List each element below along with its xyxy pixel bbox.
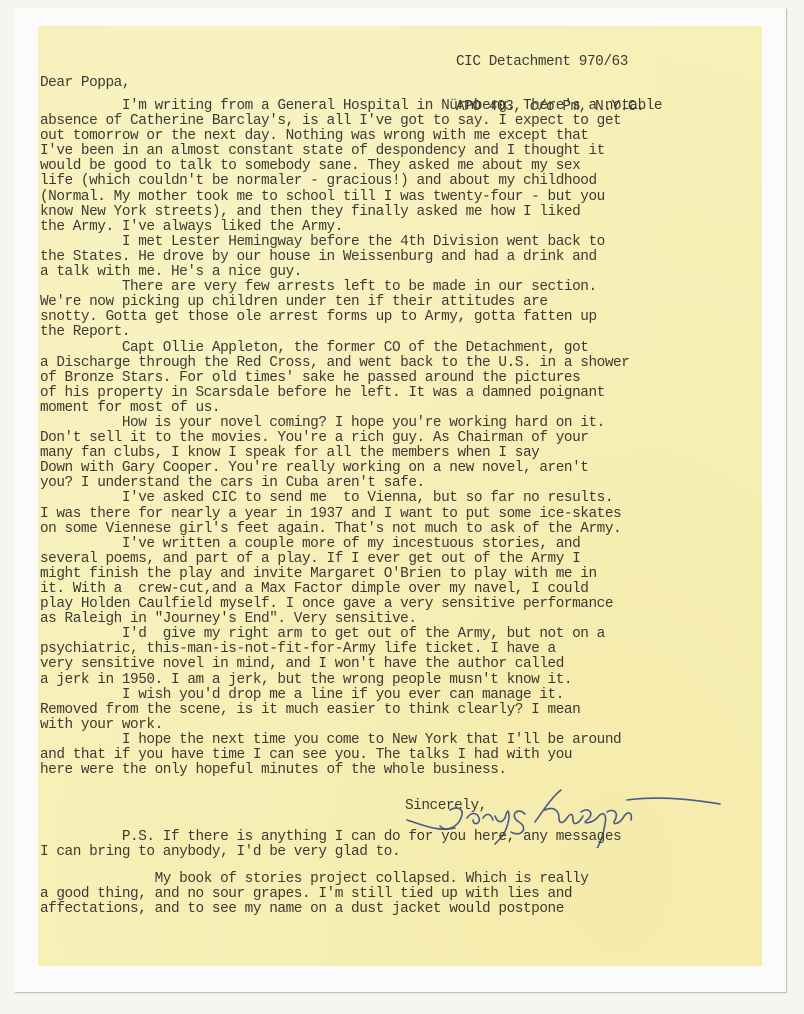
text-line: I've written a couple more of my incestu…	[40, 537, 662, 552]
text-line: here were the only hopeful minutes of th…	[40, 763, 662, 778]
text-line: There are very few arrests left to be ma…	[40, 280, 662, 295]
text-line: absence of Catherine Barclay's, is all I…	[40, 114, 662, 129]
postscript-2: My book of stories project collapsed. Wh…	[40, 872, 588, 917]
text-line: P.S. If there is anything I can do for y…	[40, 830, 621, 845]
text-line: might finish the play and invite Margare…	[40, 567, 662, 582]
text-line: a Discharge through the Red Cross, and w…	[40, 356, 662, 371]
text-line: How is your novel coming? I hope you're …	[40, 416, 662, 431]
salutation: Dear Poppa,	[40, 76, 130, 91]
text-line: snotty. Gotta get those ole arrest forms…	[40, 310, 662, 325]
text-line: on some Viennese girl's feet again. That…	[40, 522, 662, 537]
text-line: you? I understand the cars in Cuba aren'…	[40, 476, 662, 491]
text-line: and that if you have time I can see you.…	[40, 748, 662, 763]
text-line: affectations, and to see my name on a du…	[40, 902, 588, 917]
text-line: play Holden Caulfield myself. I once gav…	[40, 597, 662, 612]
letter-body: I'm writing from a General Hospital in N…	[40, 99, 662, 778]
text-line: Down with Gary Cooper. You're really wor…	[40, 461, 662, 476]
text-line: it. With a crew-cut,and a Max Factor dim…	[40, 582, 662, 597]
text-line: of his property in Scarsdale before he l…	[40, 386, 662, 401]
text-line: the Army. I've always liked the Army.	[40, 220, 662, 235]
text-line: very sensitive novel in mind, and I won'…	[40, 657, 662, 672]
text-line: My book of stories project collapsed. Wh…	[40, 872, 588, 887]
text-line: I wish you'd drop me a line if you ever …	[40, 688, 662, 703]
text-line: moment for most of us.	[40, 401, 662, 416]
text-line: I've asked CIC to send me to Vienna, but…	[40, 491, 662, 506]
text-line: Don't sell it to the movies. You're a ri…	[40, 431, 662, 446]
text-line: I met Lester Hemingway before the 4th Di…	[40, 235, 662, 250]
text-line: with your work.	[40, 718, 662, 733]
text-line: We're now picking up children under ten …	[40, 295, 662, 310]
text-line: psychiatric, this-man-is-not-fit-for-Arm…	[40, 642, 662, 657]
text-line: I was there for nearly a year in 1937 an…	[40, 507, 662, 522]
text-line: out tomorrow or the next day. Nothing wa…	[40, 129, 662, 144]
text-line: Removed from the scene, is it much easie…	[40, 703, 662, 718]
text-line: a jerk in 1950. I am a jerk, but the wro…	[40, 673, 662, 688]
text-line: the Report.	[40, 325, 662, 340]
postscript: P.S. If there is anything I can do for y…	[40, 830, 621, 860]
text-line: of Bronze Stars. For old times' sake he …	[40, 371, 662, 386]
text-line: the States. He drove by our house in Wei…	[40, 250, 662, 265]
text-line: life (which couldn't be normaler - graci…	[40, 174, 662, 189]
text-line: several poems, and part of a play. If I …	[40, 552, 662, 567]
text-line: a good thing, and no sour grapes. I'm st…	[40, 887, 588, 902]
text-line: (Normal. My mother took me to school til…	[40, 190, 662, 205]
text-line: I hope the next time you come to New Yor…	[40, 733, 662, 748]
text-line: I've been in an almost constant state of…	[40, 144, 662, 159]
address-line: CIC Detachment 970/63	[456, 55, 644, 70]
text-line: I can bring to anybody, I'd be very glad…	[40, 845, 621, 860]
text-line: a talk with me. He's a nice guy.	[40, 265, 662, 280]
text-line: Capt Ollie Appleton, the former CO of th…	[40, 341, 662, 356]
text-line: I'm writing from a General Hospital in N…	[40, 99, 662, 114]
text-line: I'd give my right arm to get out of the …	[40, 627, 662, 642]
text-line: know New York streets), and then they fi…	[40, 205, 662, 220]
text-line: would be good to talk to somebody sane. …	[40, 159, 662, 174]
text-line: many fan clubs, I know I speak for all t…	[40, 446, 662, 461]
text-line: as Raleigh in "Journey's End". Very sens…	[40, 612, 662, 627]
